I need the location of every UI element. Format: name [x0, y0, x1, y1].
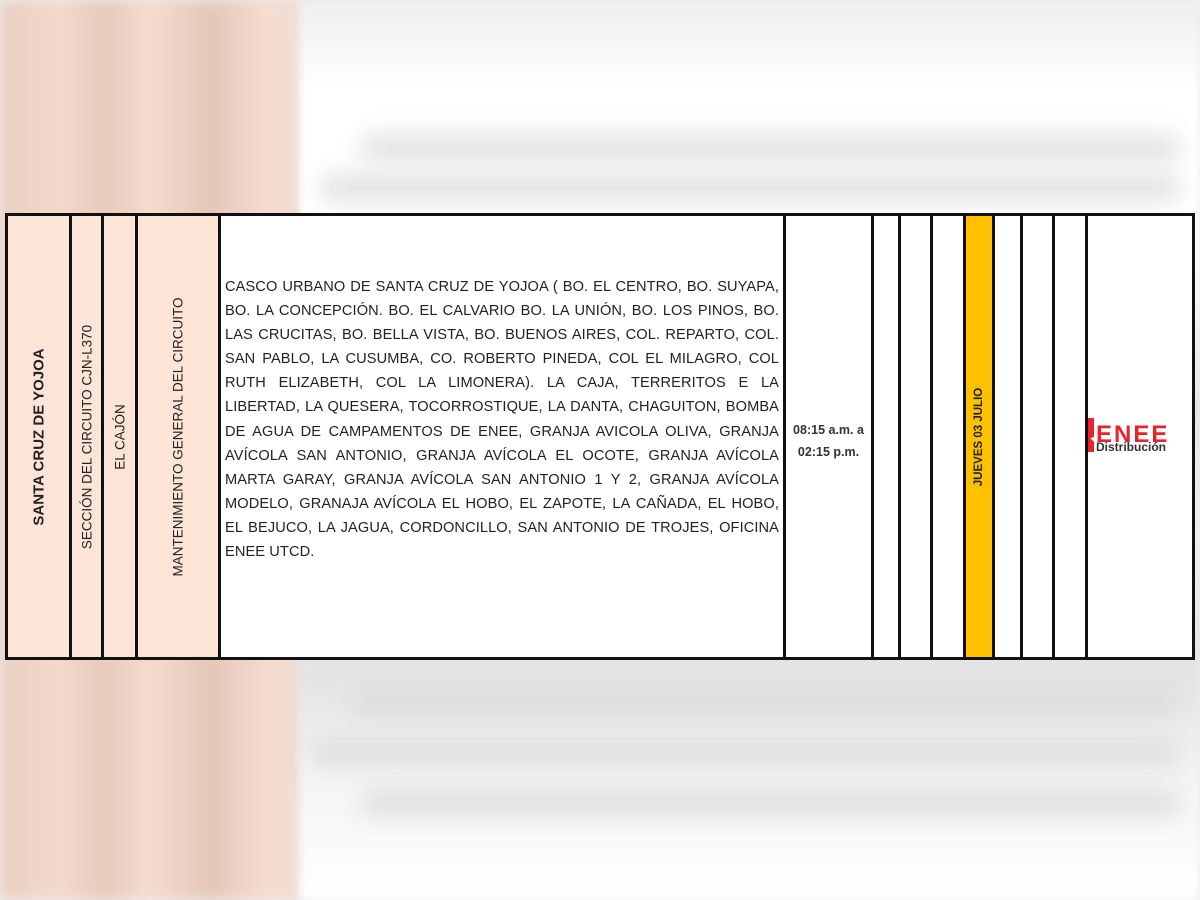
municipality-label: SANTA CRUZ DE YOJOA: [30, 348, 47, 525]
work-type-cell: MANTENIMIENTO GENERAL DEL CIRCUITO: [138, 216, 221, 657]
work-type-label: MANTENIMIENTO GENERAL DEL CIRCUITO: [171, 297, 186, 576]
time-range: 08:15 a.m. a 02:15 p.m.: [786, 419, 871, 463]
time-cell: 08:15 a.m. a 02:15 p.m.: [786, 216, 874, 657]
outage-schedule-table: SANTA CRUZ DE YOJOA SECCIÓN DEL CIRCUITO…: [5, 213, 1195, 660]
logo-cell: ENEE Distribución: [1088, 216, 1192, 657]
section-cell: SECCIÓN DEL CIRCUITO CJN-L370: [72, 216, 104, 657]
day-cell-empty: [933, 216, 966, 657]
date-label: JUEVES 03 JULIO: [973, 387, 985, 485]
blurred-text-row: [320, 175, 1180, 201]
date-cell-highlighted: JUEVES 03 JULIO: [966, 216, 995, 657]
blurred-text-row: [310, 740, 1180, 766]
day-cell-empty: [1023, 216, 1055, 657]
enee-logo: ENEE Distribución: [1088, 418, 1192, 452]
logo-subtitle: Distribución: [1096, 440, 1166, 454]
day-cell-empty: [1055, 216, 1088, 657]
day-cell-empty: [874, 216, 901, 657]
municipality-cell: SANTA CRUZ DE YOJOA: [8, 216, 72, 657]
enee-mark-icon: [1088, 418, 1094, 452]
affected-areas-text: CASCO URBANO DE SANTA CRUZ DE YOJOA ( BO…: [225, 275, 779, 564]
time-start: 08:15 a.m. a: [786, 419, 871, 441]
blurred-text-row: [360, 135, 1180, 161]
blurred-text-row: [350, 690, 1180, 716]
blurred-text-row: [360, 790, 1180, 816]
location-cell: EL CAJÓN: [104, 216, 138, 657]
time-end: 02:15 p.m.: [786, 441, 871, 463]
section-label: SECCIÓN DEL CIRCUITO CJN-L370: [79, 324, 94, 548]
location-label: EL CAJÓN: [112, 404, 127, 470]
day-cell-empty: [995, 216, 1023, 657]
day-cell-empty: [901, 216, 933, 657]
affected-areas-cell: CASCO URBANO DE SANTA CRUZ DE YOJOA ( BO…: [221, 216, 786, 657]
